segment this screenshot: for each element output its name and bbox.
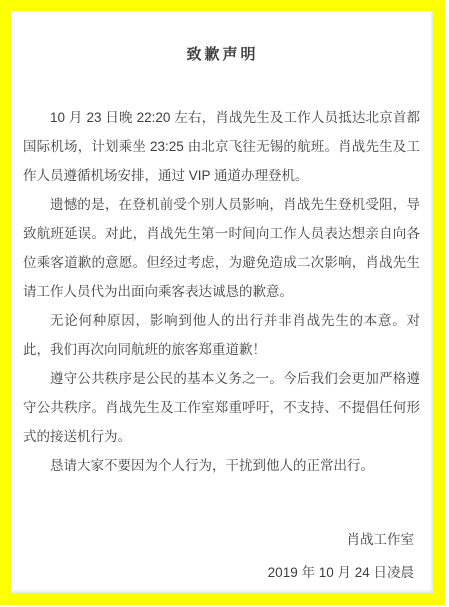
- statement-paragraph: 遗憾的是，在登机前受个别人员影响，肖战先生登机受阻，导致航班延误。对此，肖战先生…: [23, 190, 420, 306]
- signature-block: 肖战工作室 2019 年 10 月 24 日凌晨: [11, 523, 414, 589]
- statement-paragraph: 10 月 23 日晚 22:20 左右，肖战先生及工作人员抵达北京首都国际机场，…: [23, 103, 420, 190]
- statement-paragraph: 遵守公共秩序是公民的基本义务之一。今后我们会更加严格遵守公共秩序。肖战先生及工作…: [23, 364, 420, 451]
- statement-body: 10 月 23 日晚 22:20 左右，肖战先生及工作人员抵达北京首都国际机场，…: [23, 103, 420, 480]
- statement-paragraph: 无论何种原因，影响到他人的出行并非肖战先生的本意。对此，我们再次向同航班的旅客郑…: [23, 306, 420, 364]
- yellow-highlight-frame: 致歉声明 10 月 23 日晚 22:20 左右，肖战先生及工作人员抵达北京首都…: [0, 0, 445, 605]
- signature-date: 2019 年 10 月 24 日凌晨: [11, 556, 414, 589]
- statement-paragraph: 恳请大家不要因为个人行为，干扰到他人的正常出行。: [23, 451, 420, 480]
- signature-name: 肖战工作室: [11, 523, 414, 556]
- statement-title: 致歉声明: [11, 11, 434, 66]
- statement-page: 致歉声明 10 月 23 日晚 22:20 左右，肖战先生及工作人员抵达北京首都…: [11, 11, 434, 594]
